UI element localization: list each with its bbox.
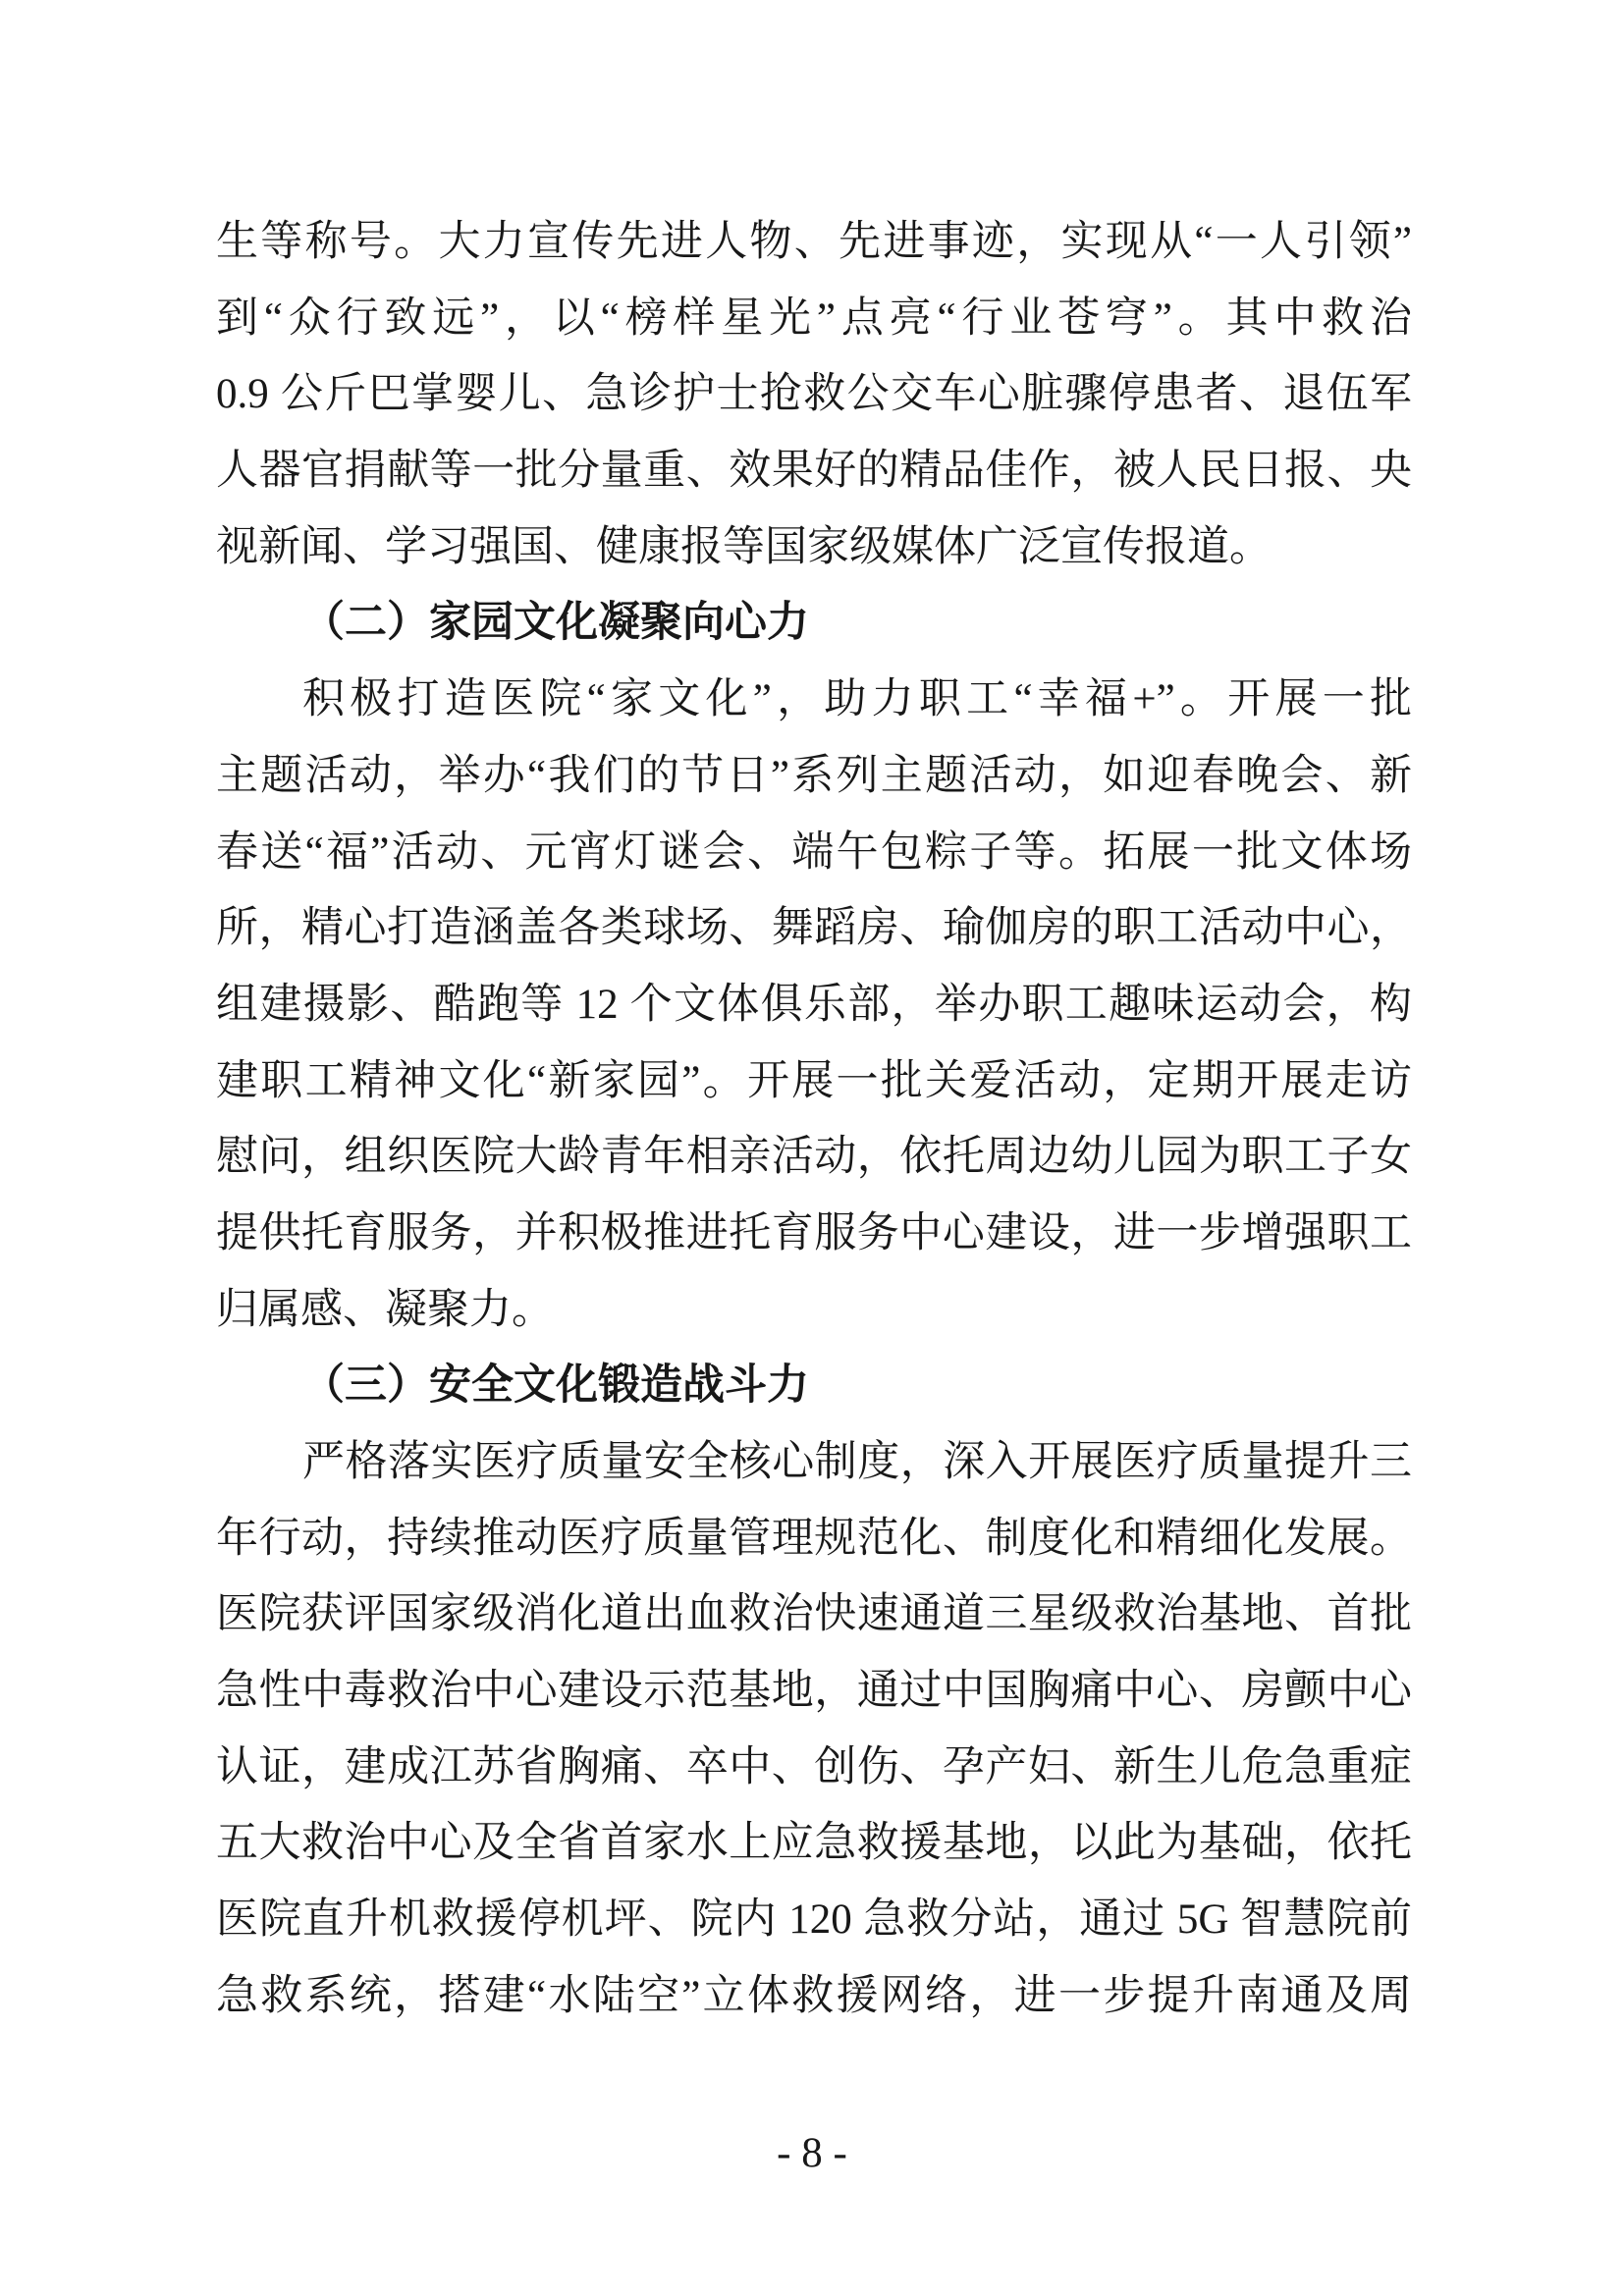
text-line: 所，精心打造涵盖各类球场、舞蹈房、瑜伽房的职工活动中心， (216, 890, 1412, 967)
text-line: 人器官捐献等一批分量重、效果好的精品佳作，被人民日报、央 (216, 433, 1412, 509)
text-line: 医院直升机救援停机坪、院内 120 急救分站，通过 5G 智慧院前 (216, 1882, 1412, 1958)
text-line: 医院获评国家级消化道出血救治快速通道三星级救治基地、首批 (216, 1576, 1412, 1653)
text-line: 急性中毒救治中心建设示范基地，通过中国胸痛中心、房颤中心 (216, 1653, 1412, 1730)
text-line: 建职工精神文化“新家园”。开展一批关爱活动，定期开展走访 (216, 1043, 1412, 1120)
document-body: 生等称号。大力宣传先进人物、先进事迹，实现从“一人引领”到“众行致远”，以“榜样… (216, 204, 1412, 2035)
text-line: 五大救治中心及全省首家水上应急救援基地，以此为基础，依托 (216, 1805, 1412, 1882)
text-line: 视新闻、学习强国、健康报等国家级媒体广泛宣传报道。 (216, 509, 1412, 586)
text-line: 慰问，组织医院大龄青年相亲活动，依托周边幼儿园为职工子女 (216, 1119, 1412, 1196)
section-heading: （二）家园文化凝聚向心力 (216, 585, 1412, 662)
document-page: 生等称号。大力宣传先进人物、先进事迹，实现从“一人引领”到“众行致远”，以“榜样… (0, 0, 1624, 2296)
text-line: 组建摄影、酷跑等 12 个文体俱乐部，举办职工趣味运动会，构 (216, 967, 1412, 1043)
text-line: 0.9 公斤巴掌婴儿、急诊护士抢救公交车心脏骤停患者、退伍军 (216, 356, 1412, 433)
text-line: 提供托育服务，并积极推进托育服务中心建设，进一步增强职工 (216, 1196, 1412, 1272)
text-line: 主题活动，举办“我们的节日”系列主题活动，如迎春晚会、新 (216, 738, 1412, 815)
text-line: 到“众行致远”，以“榜样星光”点亮“行业苍穹”。其中救治 (216, 281, 1412, 357)
text-line: 严格落实医疗质量安全核心制度，深入开展医疗质量提升三 (216, 1424, 1412, 1501)
text-line: 生等称号。大力宣传先进人物、先进事迹，实现从“一人引领” (216, 204, 1412, 281)
text-line: 认证，建成江苏省胸痛、卒中、创伤、孕产妇、新生儿危急重症 (216, 1730, 1412, 1806)
section-heading: （三）安全文化锻造战斗力 (216, 1348, 1412, 1424)
page-number: - 8 - (0, 2115, 1624, 2192)
text-line: 积极打造医院“家文化”，助力职工“幸福+”。开展一批 (216, 662, 1412, 738)
text-line: 春送“福”活动、元宵灯谜会、端午包粽子等。拓展一批文体场 (216, 815, 1412, 891)
text-line: 急救系统，搭建“水陆空”立体救援网络，进一步提升南通及周 (216, 1958, 1412, 2035)
text-line: 归属感、凝聚力。 (216, 1272, 1412, 1349)
text-line: 年行动，持续推动医疗质量管理规范化、制度化和精细化发展。 (216, 1501, 1412, 1577)
